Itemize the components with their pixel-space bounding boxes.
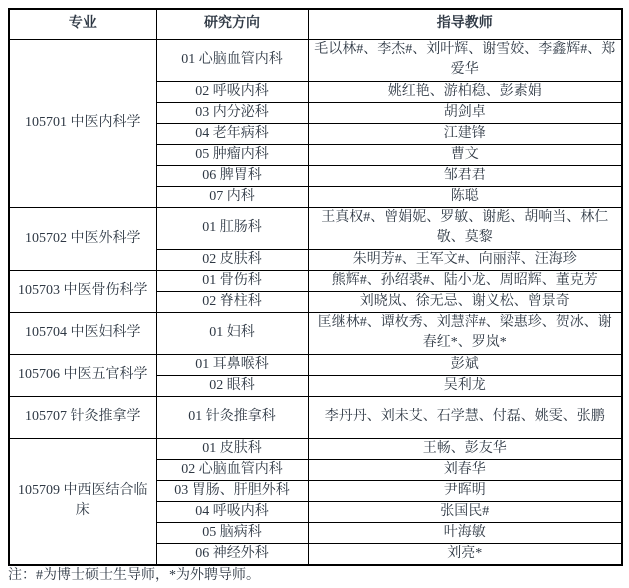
direction-cell: 04 老年病科 [156,123,308,144]
direction-cell: 01 妇科 [156,312,308,354]
direction-cell: 02 眼科 [156,375,308,396]
teachers-cell: 叶海敏 [308,522,622,543]
table-row: 105706 中医五官科学01 耳鼻喉科彭斌 [9,354,622,375]
direction-cell: 02 心脑血管内科 [156,459,308,480]
direction-cell: 01 心脑血管内科 [156,39,308,81]
major-cell: 105706 中医五官科学 [9,354,156,396]
page: 专业 研究方向 指导教师 105701 中医内科学01 心脑血管内科毛以林#、李… [0,0,629,588]
major-cell: 105703 中医骨伤科学 [9,270,156,312]
major-cell: 105709 中西医结合临床 [9,438,156,565]
teachers-cell: 张国民# [308,501,622,522]
direction-cell: 06 脾胃科 [156,165,308,186]
direction-cell: 03 胃肠、肝胆外科 [156,480,308,501]
header-major: 专业 [9,9,156,39]
teachers-cell: 匡继林#、谭枚秀、刘慧萍#、梁惠珍、贺冰、谢春红*、罗岚* [308,312,622,354]
direction-cell: 01 肛肠科 [156,207,308,249]
direction-cell: 01 皮肤科 [156,438,308,459]
teachers-cell: 毛以林#、李杰#、刘叶辉、谢雪姣、李鑫辉#、郑爱华 [308,39,622,81]
direction-cell: 01 针灸推拿科 [156,396,308,438]
table-row: 105703 中医骨伤科学01 骨伤科熊辉#、孙绍裘#、陆小龙、周昭辉、董克芳 [9,270,622,291]
direction-cell: 05 脑病科 [156,522,308,543]
teachers-cell: 尹晖明 [308,480,622,501]
direction-cell: 03 内分泌科 [156,102,308,123]
major-cell: 105704 中医妇科学 [9,312,156,354]
advisors-table: 专业 研究方向 指导教师 105701 中医内科学01 心脑血管内科毛以林#、李… [8,8,623,566]
teachers-cell: 彭斌 [308,354,622,375]
teachers-cell: 刘晓岚、徐无忌、谢义松、曾景奇 [308,291,622,312]
teachers-cell: 王真权#、曾娟妮、罗敏、谢彪、胡响当、林仁敬、莫黎 [308,207,622,249]
table-row: 105704 中医妇科学01 妇科匡继林#、谭枚秀、刘慧萍#、梁惠珍、贺冰、谢春… [9,312,622,354]
teachers-cell: 刘春华 [308,459,622,480]
direction-cell: 01 骨伤科 [156,270,308,291]
direction-cell: 05 肿瘤内科 [156,144,308,165]
direction-cell: 04 呼吸内科 [156,501,308,522]
teachers-cell: 姚红艳、游柏稳、彭素娟 [308,81,622,102]
major-cell: 105702 中医外科学 [9,207,156,270]
table-row: 105701 中医内科学01 心脑血管内科毛以林#、李杰#、刘叶辉、谢雪姣、李鑫… [9,39,622,81]
header-direction: 研究方向 [156,9,308,39]
direction-cell: 01 耳鼻喉科 [156,354,308,375]
teachers-cell: 刘亮* [308,543,622,565]
direction-cell: 02 呼吸内科 [156,81,308,102]
teachers-cell: 熊辉#、孙绍裘#、陆小龙、周昭辉、董克芳 [308,270,622,291]
teachers-cell: 胡剑卓 [308,102,622,123]
direction-cell: 06 神经外科 [156,543,308,565]
direction-cell: 02 皮肤科 [156,249,308,270]
table-body: 105701 中医内科学01 心脑血管内科毛以林#、李杰#、刘叶辉、谢雪姣、李鑫… [9,39,622,565]
major-cell: 105707 针灸推拿学 [9,396,156,438]
table-row: 105707 针灸推拿学01 针灸推拿科李丹丹、刘未艾、石学慧、付磊、姚雯、张鹏 [9,396,622,438]
direction-cell: 02 脊柱科 [156,291,308,312]
major-cell: 105701 中医内科学 [9,39,156,207]
teachers-cell: 朱明芳#、王军文#、向丽萍、汪海珍 [308,249,622,270]
direction-cell: 07 内科 [156,186,308,207]
table-row: 105702 中医外科学01 肛肠科王真权#、曾娟妮、罗敏、谢彪、胡响当、林仁敬… [9,207,622,249]
table-row: 105709 中西医结合临床01 皮肤科王畅、彭友华 [9,438,622,459]
teachers-cell: 邹君君 [308,165,622,186]
teachers-cell: 吴利龙 [308,375,622,396]
footnote: 注：#为博士硕士生导师，*为外聘导师。 [8,566,260,586]
teachers-cell: 陈聪 [308,186,622,207]
teachers-cell: 江建锋 [308,123,622,144]
header-teachers: 指导教师 [308,9,622,39]
teachers-cell: 曹文 [308,144,622,165]
teachers-cell: 李丹丹、刘未艾、石学慧、付磊、姚雯、张鹏 [308,396,622,438]
table-header: 专业 研究方向 指导教师 [9,9,622,39]
teachers-cell: 王畅、彭友华 [308,438,622,459]
